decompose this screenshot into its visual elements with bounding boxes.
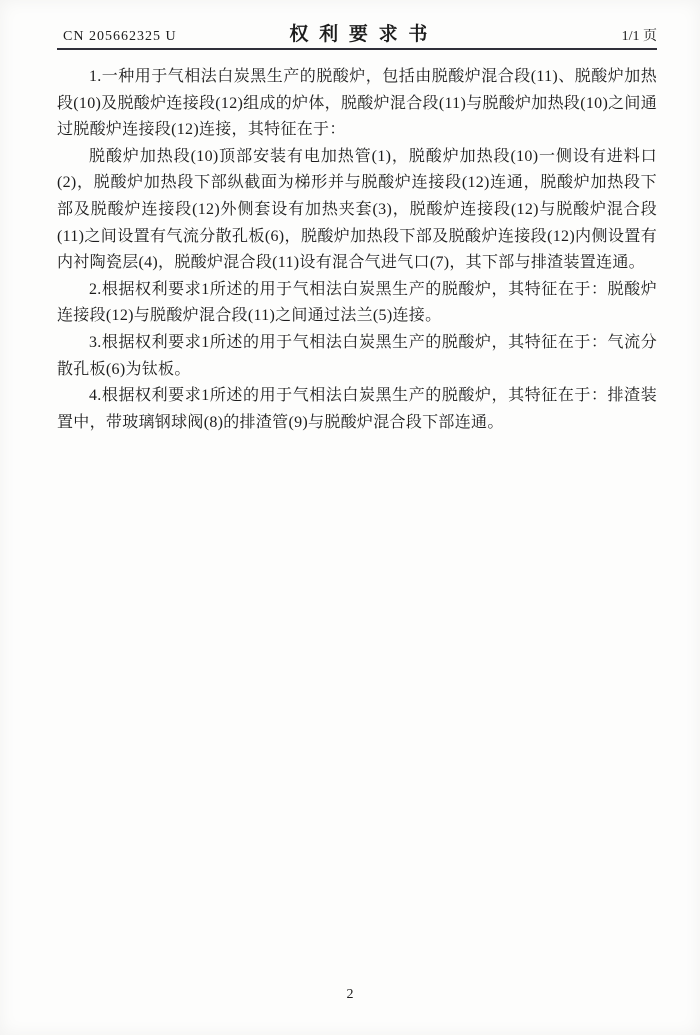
claim-4: 4.根据权利要求1所述的用于气相法白炭黑生产的脱酸炉，其特征在于：排渣装置中，带… xyxy=(57,383,657,436)
claim-1-characterizing-part: 脱酸炉加热段(10)顶部安装有电加热管(1)，脱酸炉加热段(10)一侧设有进料口… xyxy=(57,144,657,277)
claim-1-preamble: 1.一种用于气相法白炭黑生产的脱酸炉，包括由脱酸炉混合段(11)、脱酸炉加热段(… xyxy=(57,64,657,144)
claim-2: 2.根据权利要求1所述的用于气相法白炭黑生产的脱酸炉，其特征在于：脱酸炉连接段(… xyxy=(57,277,657,330)
page-indicator: 1/1 页 xyxy=(622,25,657,45)
document-title: 权 利 要 求 书 xyxy=(289,19,430,46)
claims-body: 1.一种用于气相法白炭黑生产的脱酸炉，包括由脱酸炉混合段(11)、脱酸炉加热段(… xyxy=(57,64,657,436)
publication-number: CN 205662325 U xyxy=(63,29,177,45)
claim-3: 3.根据权利要求1所述的用于气相法白炭黑生产的脱酸炉，其特征在于：气流分散孔板(… xyxy=(57,330,657,383)
patent-claims-page: CN 205662325 U 权 利 要 求 书 1/1 页 1.一种用于气相法… xyxy=(0,0,700,1035)
document-header: CN 205662325 U 权 利 要 求 书 1/1 页 xyxy=(57,20,657,50)
page-number: 2 xyxy=(347,987,354,1002)
document-footer: 2 xyxy=(0,987,700,1003)
